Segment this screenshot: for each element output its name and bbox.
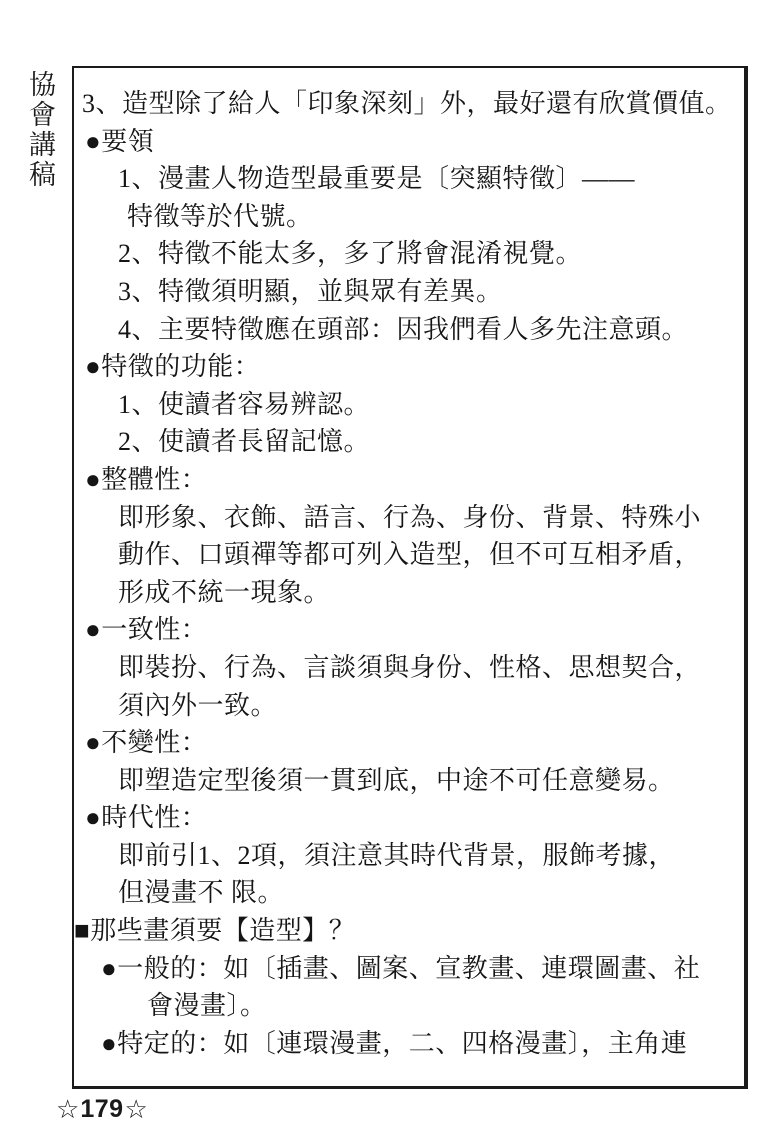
content-line-continuation: 會漫畫〕。: [74, 987, 744, 1025]
star-right-icon: ☆: [125, 1096, 148, 1122]
content-line-bullet: ●特定的：如〔連環漫畫，二、四格漫畫〕，主角連: [74, 1025, 744, 1063]
content-line-continuation: 動作、口頭禪等都可列入造型，但不可互相矛盾，: [74, 536, 744, 574]
scanned-page: { "page": { "sidebar_label": "協會講稿", "fo…: [0, 0, 766, 1134]
content-line-numbered: 1、使讀者容易辨認。: [74, 386, 744, 424]
content-line-continuation: 特徵等於代號。: [74, 198, 744, 236]
content-line-bullet: ●整體性：: [74, 461, 744, 499]
content-line-continuation: 即塑造定型後須一貫到底，中途不可任意變易。: [74, 762, 744, 800]
content-line-bullet: ●一般的：如〔插畫、圖案、宣教畫、連環圖畫、社: [74, 950, 744, 988]
content-line-continuation: 須內外一致。: [74, 687, 744, 725]
content-line-square-heading: ■那些畫須要【造型】？: [74, 912, 744, 950]
content-line-bullet: ●一致性：: [74, 611, 744, 649]
content-line-bullet: ●不變性：: [74, 724, 744, 762]
content-line-numbered: 1、漫畫人物造型最重要是〔突顯特徵〕——: [74, 160, 744, 198]
content-line-continuation: 即形象、衣飾、語言、行為、身份、背景、特殊小: [74, 499, 744, 537]
content-line-continuation: 即裝扮、行為、言談須與身份、性格、思想契合，: [74, 649, 744, 687]
sidebar-label-vertical: 協會講稿: [26, 70, 53, 190]
content-line-numbered: 2、特徵不能太多，多了將會混淆視覺。: [74, 235, 744, 273]
page-number: ☆ 179 ☆: [56, 1094, 148, 1124]
content-line-bullet: ●特徵的功能：: [74, 348, 744, 386]
content-line-numbered: 2、使讀者長留記憶。: [74, 423, 744, 461]
content-line-numbered: 3、特徵須明顯，並與眾有差異。: [74, 273, 744, 311]
content-line-continuation: 形成不統一現象。: [74, 574, 744, 612]
content-line-numbered: 4、主要特徵應在頭部：因我們看人多先注意頭。: [74, 311, 744, 349]
star-left-icon: ☆: [56, 1096, 79, 1122]
content-line-continuation: 即前引1、2項，須注意其時代背景，服飾考據，: [74, 837, 744, 875]
page-number-value: 179: [79, 1097, 124, 1122]
content-frame: 3、造型除了給人「印象深刻」外，最好還有欣賞價值。 ●要領 1、漫畫人物造型最重…: [72, 66, 748, 1089]
content-line-heading: 3、造型除了給人「印象深刻」外，最好還有欣賞價值。: [74, 85, 744, 123]
content-line-continuation: 但漫畫不 限。: [74, 874, 744, 912]
content-line-bullet: ●要領: [74, 123, 744, 161]
content-line-bullet: ●時代性：: [74, 799, 744, 837]
